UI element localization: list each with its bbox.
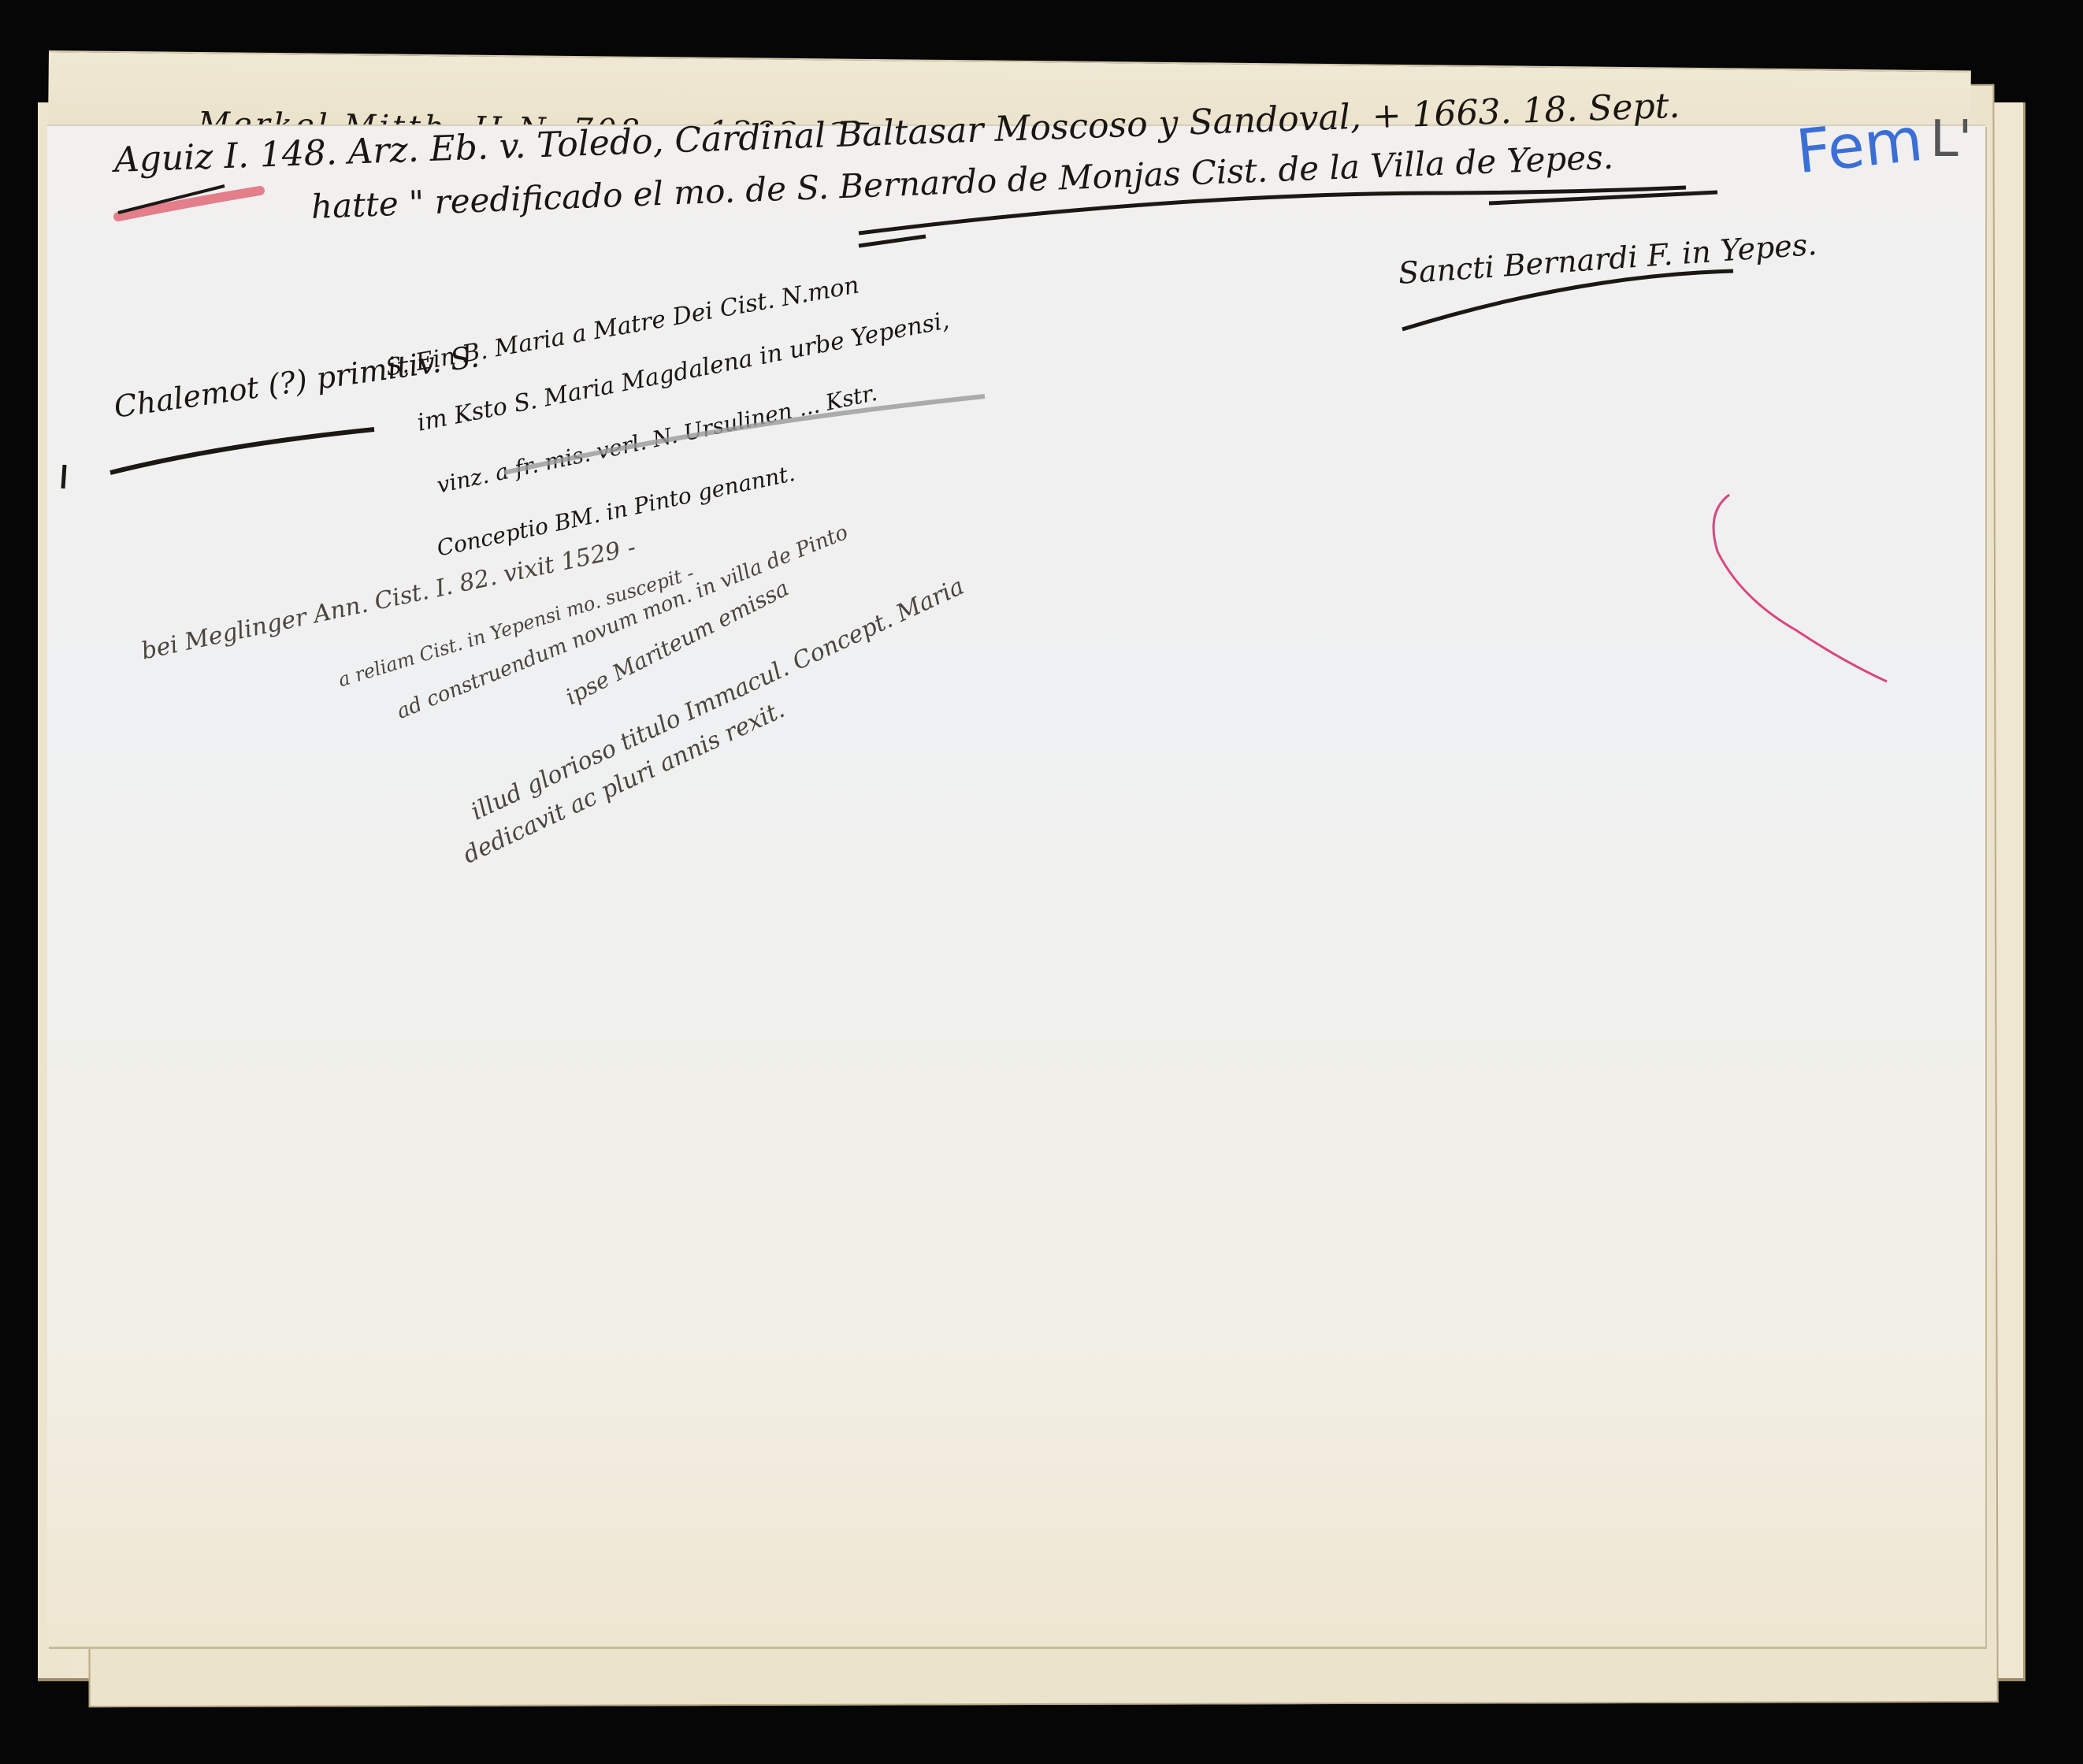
gray-pencil-strike (504, 396, 985, 473)
underline-sancti (1402, 271, 1733, 329)
underline-notes-header (110, 429, 374, 473)
underline-bernardo (859, 188, 1686, 233)
pen-strokes-overlay (0, 0, 2083, 1764)
pink-pencil-curve (1714, 495, 1887, 681)
underline-bernardo-2 (859, 236, 926, 246)
edge-mark (63, 465, 65, 488)
